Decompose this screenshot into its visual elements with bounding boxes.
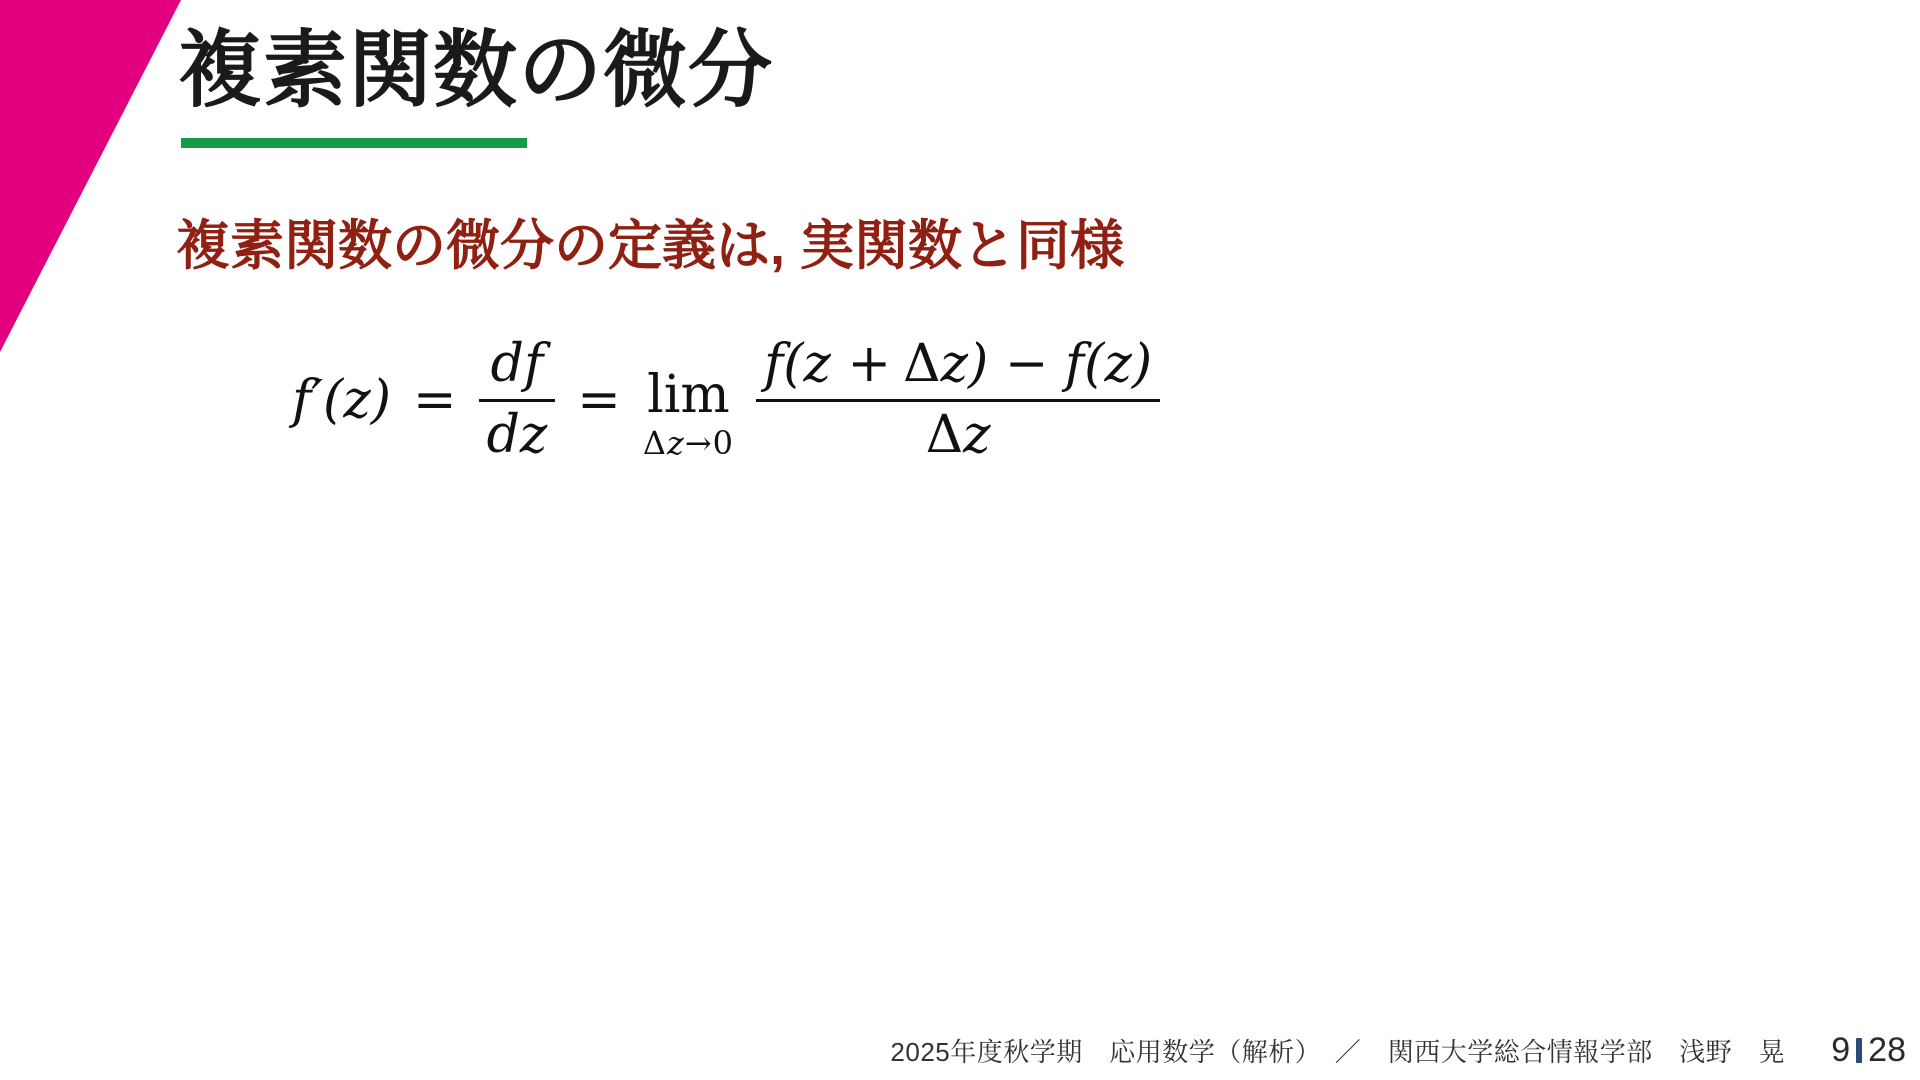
page-total: 28 [1868,1031,1906,1070]
fraction-df-dz-numerator: df [483,336,552,393]
formula-lhs-f-prime-z: f′(z) [292,370,391,430]
fraction-difference-quotient: f(z +Δz) − f(z) Δz [756,336,1160,463]
fraction-bar [479,399,556,402]
subtitle: 複素関数の微分の定義は, 実関数と同様 [176,214,1124,279]
numerator-pre: f(z + [764,334,891,394]
page-current: 9 [1831,1031,1850,1070]
title-underline [181,138,527,148]
fraction-df-dz-denominator: dz [479,407,556,464]
limit-operator: lim Δz→0 [643,369,734,459]
difference-quotient-denominator: Δz [918,407,999,464]
limit-subscript-var: z [667,424,685,462]
fraction-df-dz: df dz [479,336,556,463]
limit-subscript: Δz→0 [643,427,734,459]
slide: 複素関数の微分 複素関数の微分の定義は, 実関数と同様 f′(z) = df d… [0,0,1920,1080]
footer-course-info: 2025年度秋学期 応用数学（解析） ／ 関西大学総合情報学部 浅野 晃 [890,1032,1785,1069]
corner-accent-triangle [0,0,181,352]
limit-subscript-arrow-zero: →0 [685,424,734,462]
page-title: 複素関数の微分 [178,24,773,116]
numerator-post: z) − f(z) [941,334,1153,394]
fraction-bar [756,399,1160,402]
page-separator-bar [1856,1038,1862,1063]
equals-sign: = [413,370,457,430]
denominator-delta: Δ [926,405,964,465]
footer: 2025年度秋学期 応用数学（解析） ／ 関西大学総合情報学部 浅野 晃 9 2… [890,1031,1906,1070]
limit-subscript-delta: Δ [643,424,667,462]
denominator-var: z [963,405,990,465]
limit-op-label: lim [647,369,730,421]
difference-quotient-numerator: f(z +Δz) − f(z) [756,336,1160,393]
page-indicator: 9 28 [1831,1031,1906,1070]
numerator-delta: Δ [903,334,941,394]
equals-sign: = [577,370,621,430]
derivative-definition-formula: f′(z) = df dz = lim Δz→0 f(z +Δz) − f(z)… [292,333,1160,467]
